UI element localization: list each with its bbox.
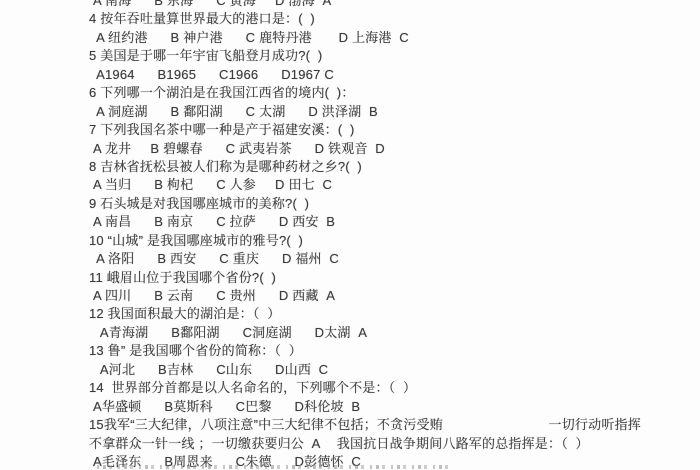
options-line: A1964 B1965 C1966 D1967 C [89,66,700,84]
question-line: 9 石头城是对我国哪座城市的美称?( ) [89,195,700,213]
options-line: A 四川 B 云南 C 贵州 D 西藏 A [89,287,700,305]
options-line: A 洛阳 B 西安 C 重庆 D 福州 C [89,250,700,268]
options-line: A河北 B吉林 C山东 D山西 C [89,361,700,379]
question-line: 不拿群众一针一线 ；一切缴获要归公 A 我国抗日战争期间八路军的总指挥是：（ ） [89,435,700,453]
question-line: 8 吉林省抚松县被人们称为是哪种药材之乡?( ) [89,158,700,176]
clipped-bottom-line [97,465,453,469]
options-line: A 洞庭湖 B 鄱阳湖 C 太湖 D 洪泽湖 B [89,103,700,121]
question-line: 10 “山城” 是我国哪座城市的雅号?( ) [89,232,700,250]
question-line: 7 下列我国名茶中哪一种是产于福建安溪：( ) [89,121,700,139]
quiz-document-page: A 南海 B 东海 C 黄海 D 渤海 A4 按年吞吐量算世界最大的港口是：( … [0,0,700,470]
question-line: 4 按年吞吐量算世界最大的港口是：( ) [89,10,700,28]
options-line: A 当归 B 枸杞 C 人参 D 田七 C [89,176,700,194]
question-line: 5 美国是于哪一年宇宙飞船登月成功?( ) [89,47,700,65]
question-line: 14 世界部分首都是以人名命名的，下列哪个不是：（ ） [89,379,700,397]
question-line: 15我军“三大纪律，八项注意”中三大纪律不包括；不贪污受贿 一切行动听指挥 [89,416,700,434]
quiz-text-block: A 南海 B 东海 C 黄海 D 渤海 A4 按年吞吐量算世界最大的港口是：( … [89,0,700,470]
question-line: 6 下列哪一个湖泊是在我国江西省的境内( )： [89,84,700,102]
options-line: A 纽约港 B 神户港 C 鹿特丹港 D 上海港 C [89,29,700,47]
question-line: 13 鲁” 是我国哪个省份的简称：（ ） [89,342,700,360]
question-line: 12 我国面积最大的湖泊是：（ ） [89,305,700,323]
options-line: A 南海 B 东海 C 黄海 D 渤海 A [89,0,700,10]
options-line: A青海湖 B鄱阳湖 C洞庭湖 D太湖 A [89,324,700,342]
options-line: A 龙井 B 碧螺春 C 武夷岩茶 D 铁观音 D [89,140,700,158]
options-line: A华盛顿 B莫斯科 C巴黎 D科伦坡 B [89,398,700,416]
question-line: 11 峨眉山位于我国哪个省份?( ) [89,269,700,287]
options-line: A 南昌 B 南京 C 拉萨 D 西安 B [89,213,700,231]
